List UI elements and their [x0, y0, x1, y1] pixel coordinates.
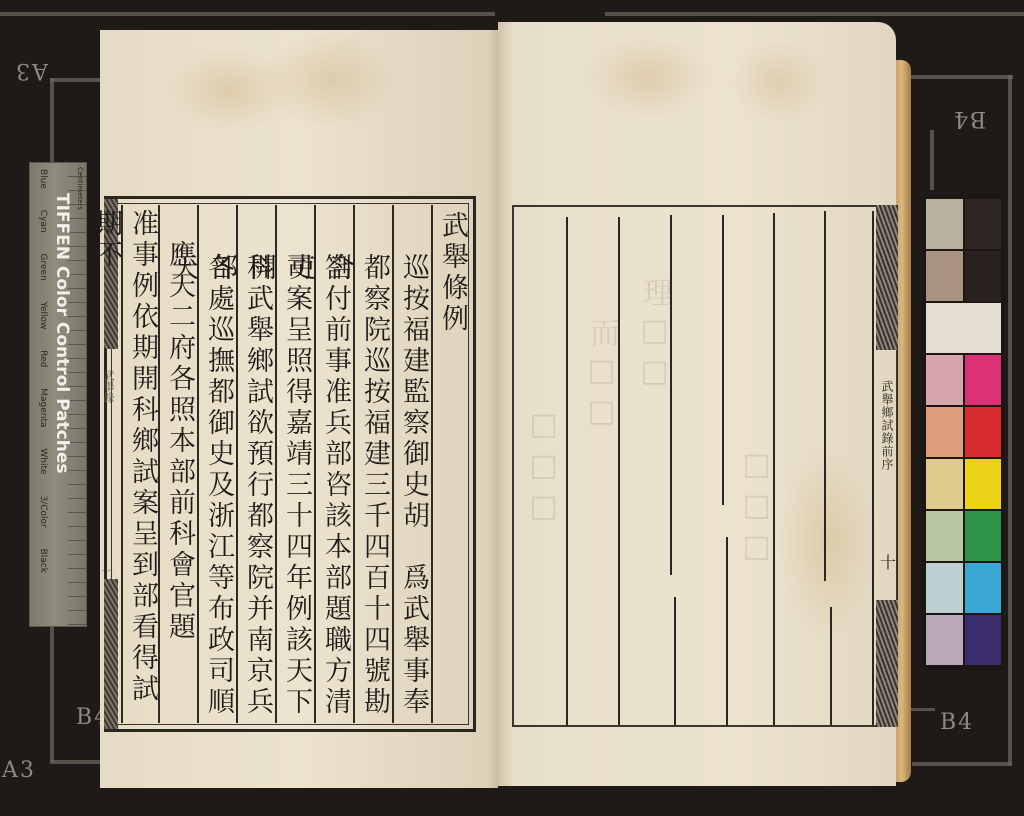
banxin-title: 武舉鄉試錄前序	[879, 380, 896, 471]
patch	[964, 354, 1002, 406]
color-name: Yellow	[38, 302, 48, 330]
margin-label: 武舉錄	[100, 370, 116, 403]
patch	[925, 354, 964, 406]
patch	[925, 302, 1002, 354]
banxin-column: 武舉鄉試錄前序 十	[876, 205, 898, 727]
ghost-text: 而□□	[579, 317, 623, 435]
grid-label: A3	[2, 758, 36, 783]
color-name: Red	[38, 350, 48, 367]
color-names: Blue Cyan Green Yellow Red Magenta White…	[38, 169, 48, 573]
right-text-block: 理□□ 而□□ □□□ □□□	[512, 205, 898, 727]
tiffen-color-control-strip: Centimeters TIFFEN Color Control Patches…	[29, 162, 87, 627]
ruler-unit-label: Centimeters	[76, 167, 84, 210]
patch	[925, 198, 964, 250]
color-name: Magenta	[38, 388, 48, 427]
grid-line	[908, 75, 1013, 79]
page-number: 十	[880, 550, 896, 573]
patch	[925, 614, 964, 666]
patch	[925, 510, 964, 562]
color-name: Cyan	[38, 210, 48, 233]
patch	[964, 250, 1002, 302]
color-name: Blue	[38, 169, 48, 189]
fishtail-ornament	[104, 579, 118, 729]
patch	[964, 198, 1002, 250]
color-name: 3/Color	[38, 495, 48, 527]
patch	[964, 406, 1002, 458]
color-name: White	[38, 448, 48, 474]
patch	[925, 250, 964, 302]
grid-line	[50, 760, 105, 764]
grid-label: B4	[940, 710, 974, 735]
text-column: 應天二府各照本部前科會官題	[161, 209, 197, 643]
color-name: Green	[38, 254, 48, 281]
patch	[925, 562, 964, 614]
color-patch-chart	[922, 195, 1004, 670]
color-name: Black	[38, 549, 48, 573]
text-column: 司案呈照得嘉靖三十四年例該天下開	[278, 253, 314, 729]
text-column: 各處巡撫都御史及浙江等布政司順天	[200, 253, 236, 729]
grid-label: B4	[952, 106, 986, 131]
grid-line	[1008, 75, 1012, 765]
text-column: 准事例依期開科鄉試案呈到部看得試期不	[124, 209, 160, 729]
fishtail-ornament	[876, 600, 898, 727]
patch	[964, 562, 1002, 614]
patch	[925, 458, 964, 510]
left-text-block: 武舉條例 巡按福建監察御史胡 爲武舉事奉 都察院巡按福建三千四百十四號勘合 劄付…	[104, 196, 476, 732]
grid-line	[50, 78, 105, 82]
ghost-text: □□□	[526, 407, 561, 530]
text-column: 劄付前事准兵部咨該本部題職方清吏	[317, 253, 353, 729]
patch	[964, 614, 1002, 666]
patch	[925, 406, 964, 458]
ghost-text: □□□	[739, 447, 774, 570]
text-column-title: 武舉條例	[434, 211, 470, 335]
fishtail-ornament	[876, 205, 898, 350]
grid-line	[605, 12, 1024, 16]
grid-line	[912, 762, 1012, 766]
text-column: 科武舉鄉試欲預行都察院并南京兵部	[239, 253, 275, 729]
patch	[964, 510, 1002, 562]
margin-page-number: 一	[101, 562, 113, 579]
grid-line	[930, 130, 934, 190]
patch	[964, 458, 1002, 510]
text-column: 巡按福建監察御史胡 爲武舉事奉	[395, 253, 431, 718]
text-column: 都察院巡按福建三千四百十四號勘合	[356, 253, 392, 729]
grid-line	[0, 12, 495, 16]
grid-label: A3	[14, 58, 48, 83]
tiffen-brand-label: TIFFEN Color Control Patches	[52, 193, 72, 474]
